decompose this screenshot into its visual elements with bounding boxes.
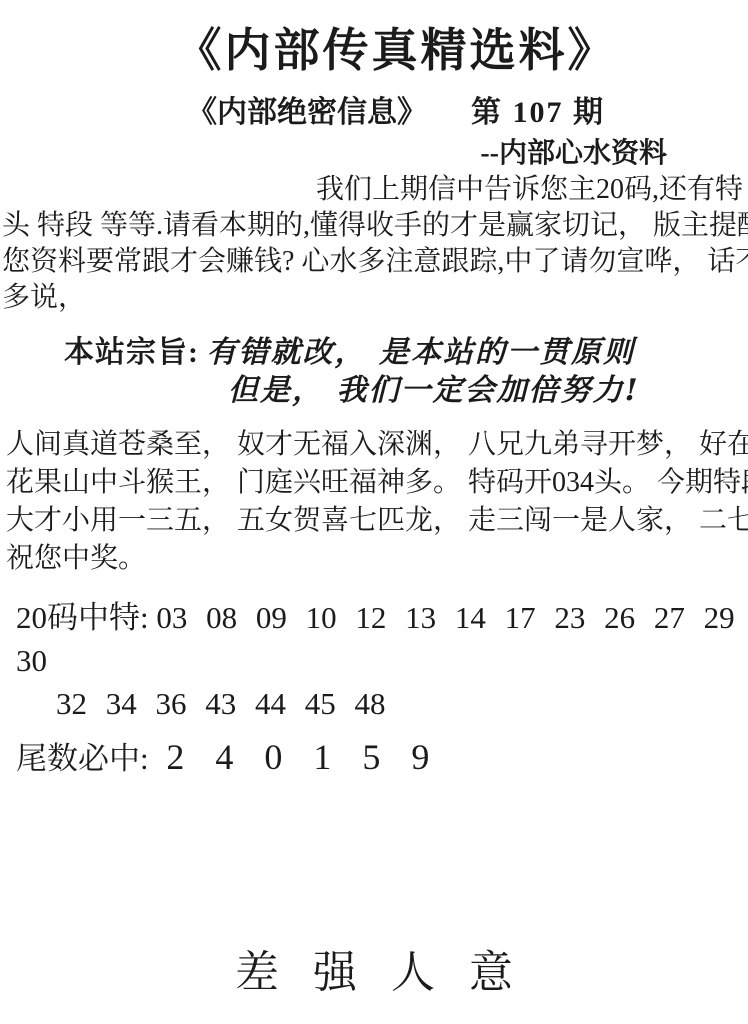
poem-line: 祝您中奖。 [6, 540, 742, 578]
note-line: --内部心水资料 [0, 138, 748, 170]
intro-line: 我们上期信中告诉您主20码,还有特 [2, 172, 746, 208]
twenty-codes-line-1: 20码中特: 03 08 09 10 12 13 14 17 23 26 27 … [16, 596, 748, 682]
tail-numbers-label: 尾数必中: [16, 741, 149, 776]
prediction-poem: 人间真道苍桑至， 奴才无福入深渊， 八兄九弟寻开梦， 好在黑夜不是恶 花果山中斗… [0, 426, 748, 578]
intro-paragraph: 我们上期信中告诉您主20码,还有特 头 特段 等等.请看本期的,懂得收手的才是赢… [0, 172, 748, 316]
twenty-codes-line-2: 32 34 36 43 44 45 48 [16, 682, 748, 725]
subtitle-name: 《内部绝密信息》 [187, 96, 427, 129]
intro-line: 头 特段 等等.请看本期的,懂得收手的才是赢家切记， 版主提醒 [2, 208, 746, 244]
page-title: 《内部传真精选料》 [22, 20, 748, 82]
twenty-codes-section: 20码中特: 03 08 09 10 12 13 14 17 23 26 27 … [0, 596, 748, 725]
subtitle-row: 《内部绝密信息》第 107 期 [22, 94, 748, 132]
motto-label: 本站宗旨: [64, 336, 199, 369]
motto-line-2: 但是， 我们一定会加倍努力! [228, 372, 748, 410]
motto-text-2: 但是， 我们一定会加倍努力! [228, 373, 640, 408]
poem-line: 大才小用一三五， 五女贺喜七匹龙， 走三闯一是人家， 二七独立在门外。 [6, 502, 742, 540]
document-header: 《内部传真精选料》 《内部绝密信息》第 107 期 [22, 20, 748, 132]
motto-line-1: 本站宗旨: 有错就改， 是本站的一贯原则 [64, 334, 748, 372]
tail-numbers-section: 尾数必中: 2 4 0 1 5 9 [0, 735, 748, 781]
poem-line: 花果山中斗猴王， 门庭兴旺福神多。 特码开034头。 今期特段12到32， [6, 464, 742, 502]
intro-line: 您资料要常跟才会赚钱? 心水多注意跟踪,中了请勿宣哗， 话不 [2, 244, 746, 280]
issue-number: 第 107 期 [471, 94, 605, 132]
intro-line: 多说， [2, 280, 746, 316]
motto-text-1: 有错就改， 是本站的一贯原则 [207, 335, 635, 370]
tail-numbers-value: 2 4 0 1 5 9 [166, 737, 435, 777]
twenty-codes-numbers-2: 32 34 36 43 44 45 48 [56, 686, 386, 721]
twenty-codes-label: 20码中特: [16, 600, 149, 635]
site-motto: 本站宗旨: 有错就改， 是本站的一贯原则 但是， 我们一定会加倍努力! [64, 334, 748, 410]
poem-line: 人间真道苍桑至， 奴才无福入深渊， 八兄九弟寻开梦， 好在黑夜不是恶 [6, 426, 742, 464]
footer-phrase: 差强人意 [0, 942, 748, 1004]
